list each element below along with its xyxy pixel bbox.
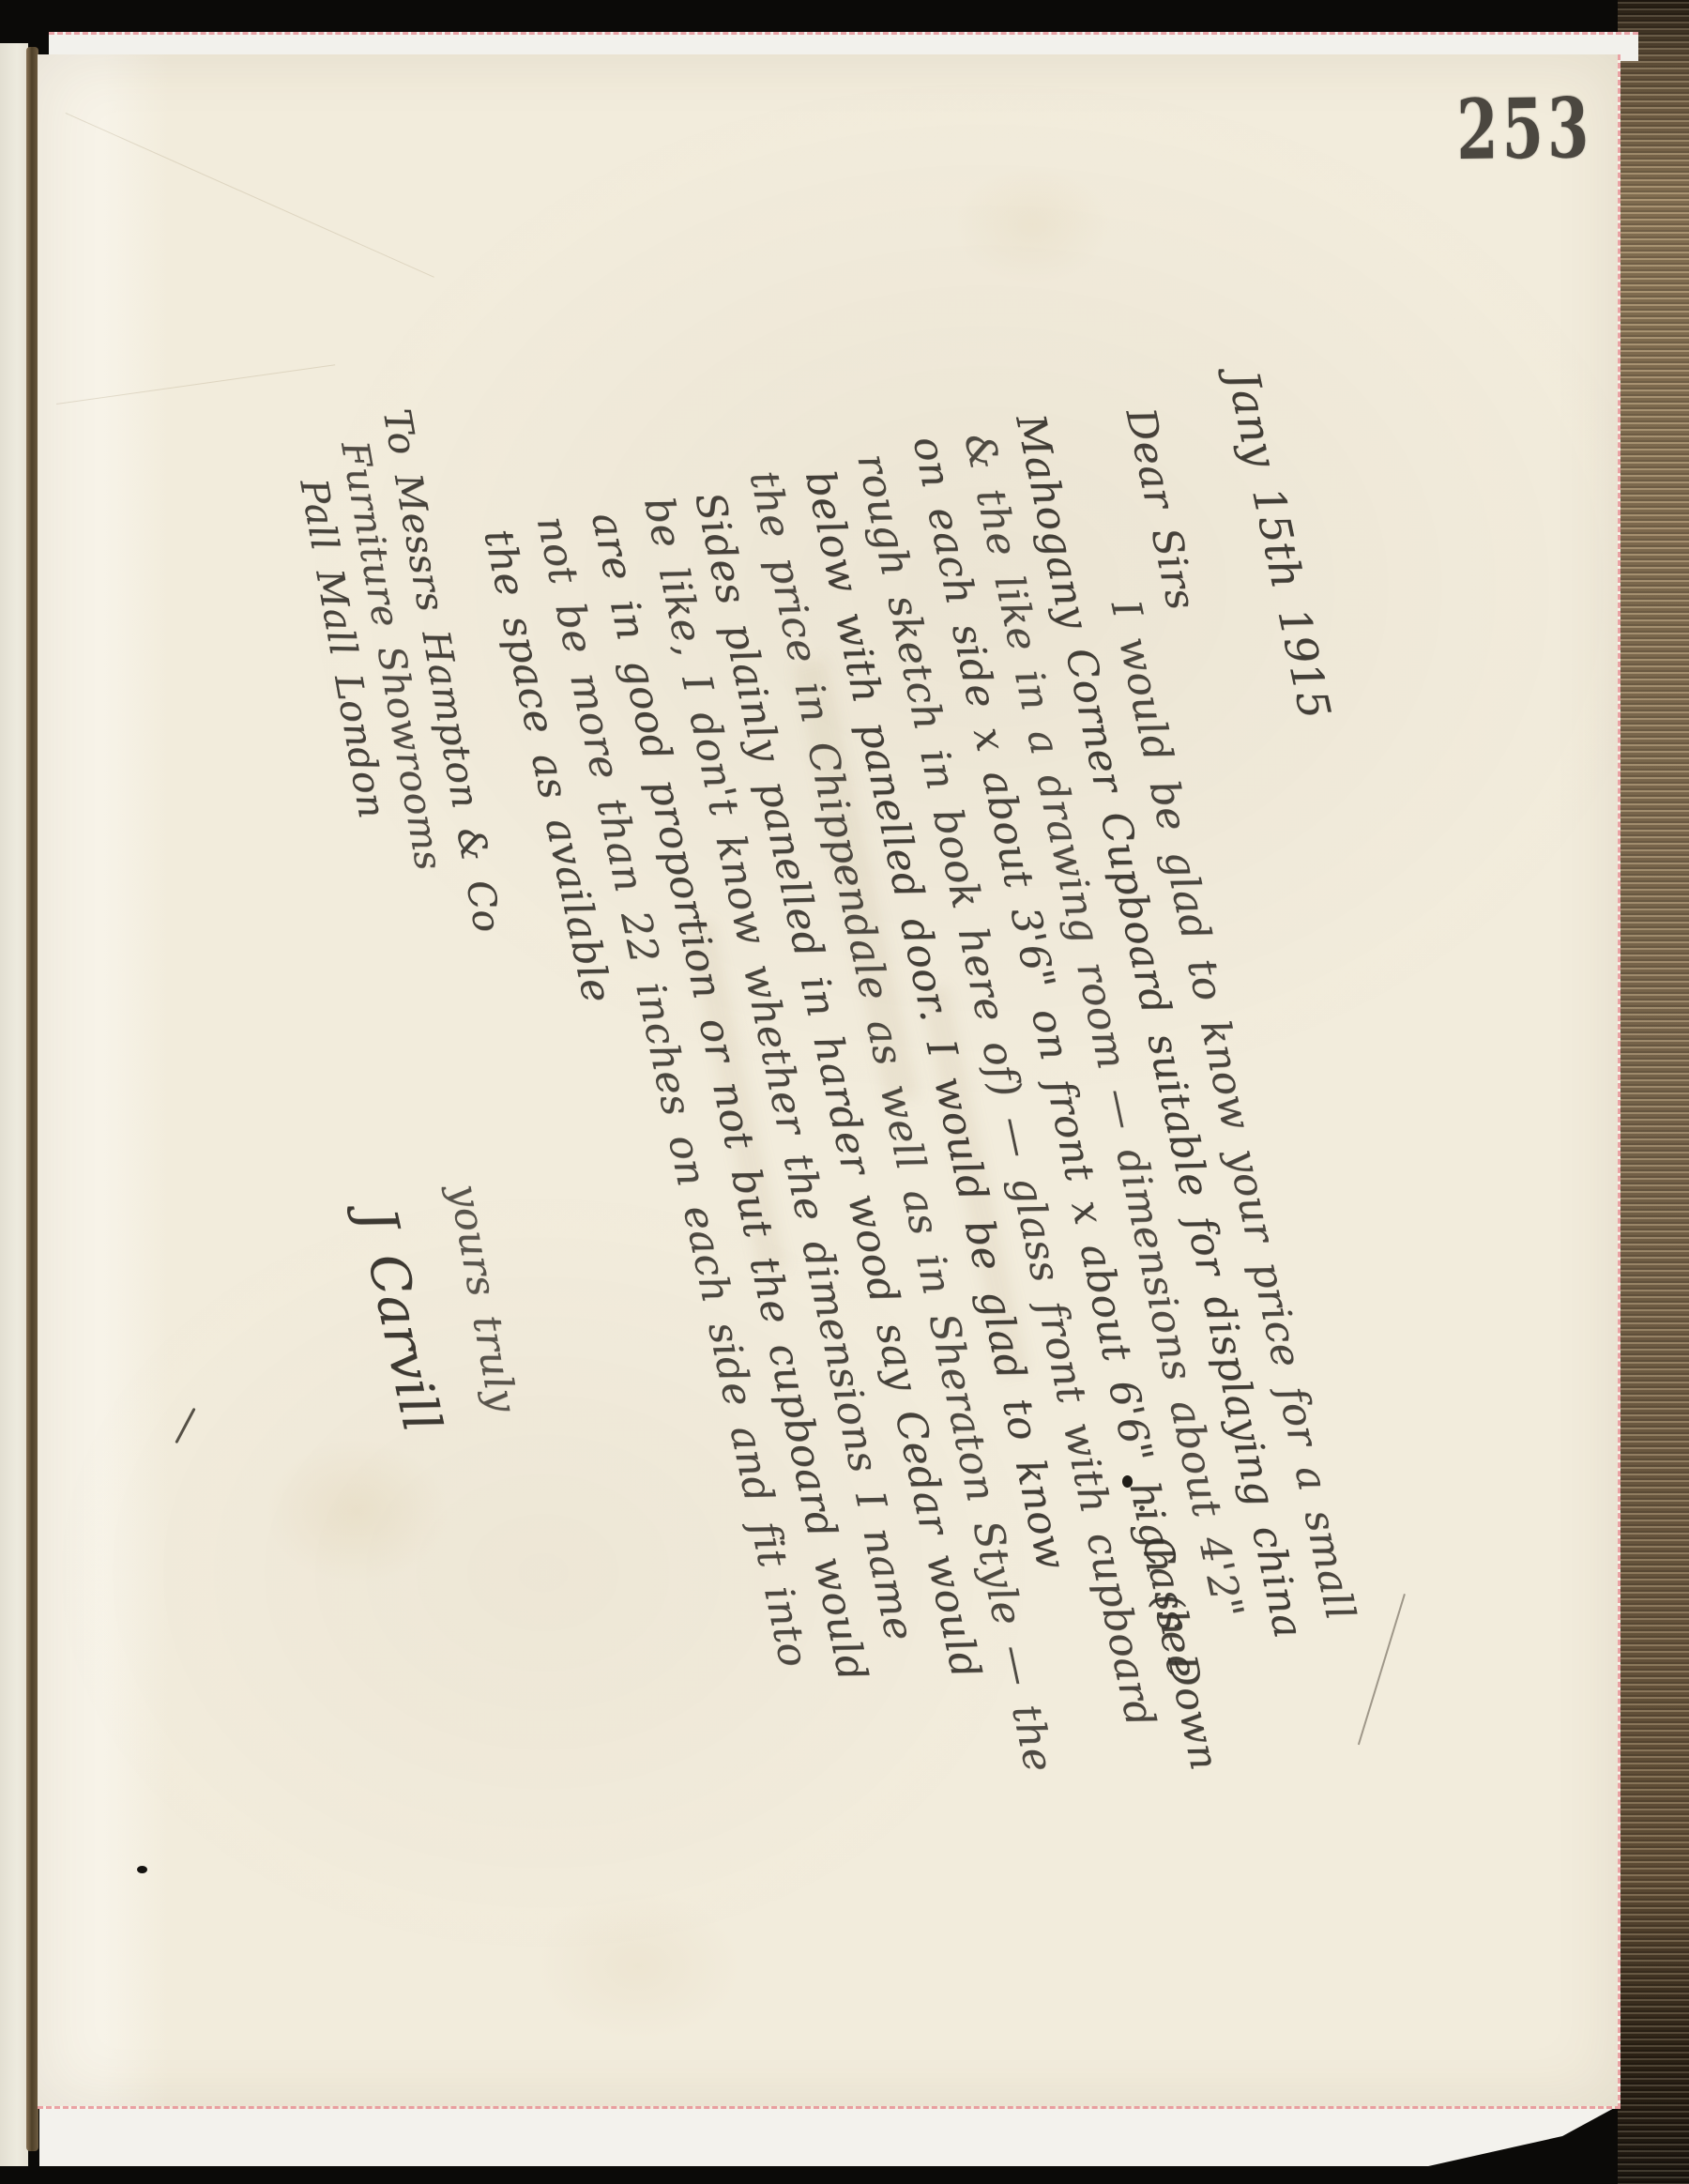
ink-speck bbox=[137, 1866, 147, 1873]
ink-speck bbox=[1139, 1505, 1145, 1511]
letterbook-scan: 253 Jany 15th 1915 Dear Sirs I would be … bbox=[0, 0, 1689, 2184]
left-page-edge bbox=[0, 43, 28, 2166]
folio-number-stamp: 253 bbox=[1456, 86, 1593, 171]
ink-speck bbox=[1122, 1475, 1133, 1488]
interleaf-sheet-bottom bbox=[39, 2106, 1618, 2166]
book-page-edges bbox=[1618, 0, 1689, 2184]
